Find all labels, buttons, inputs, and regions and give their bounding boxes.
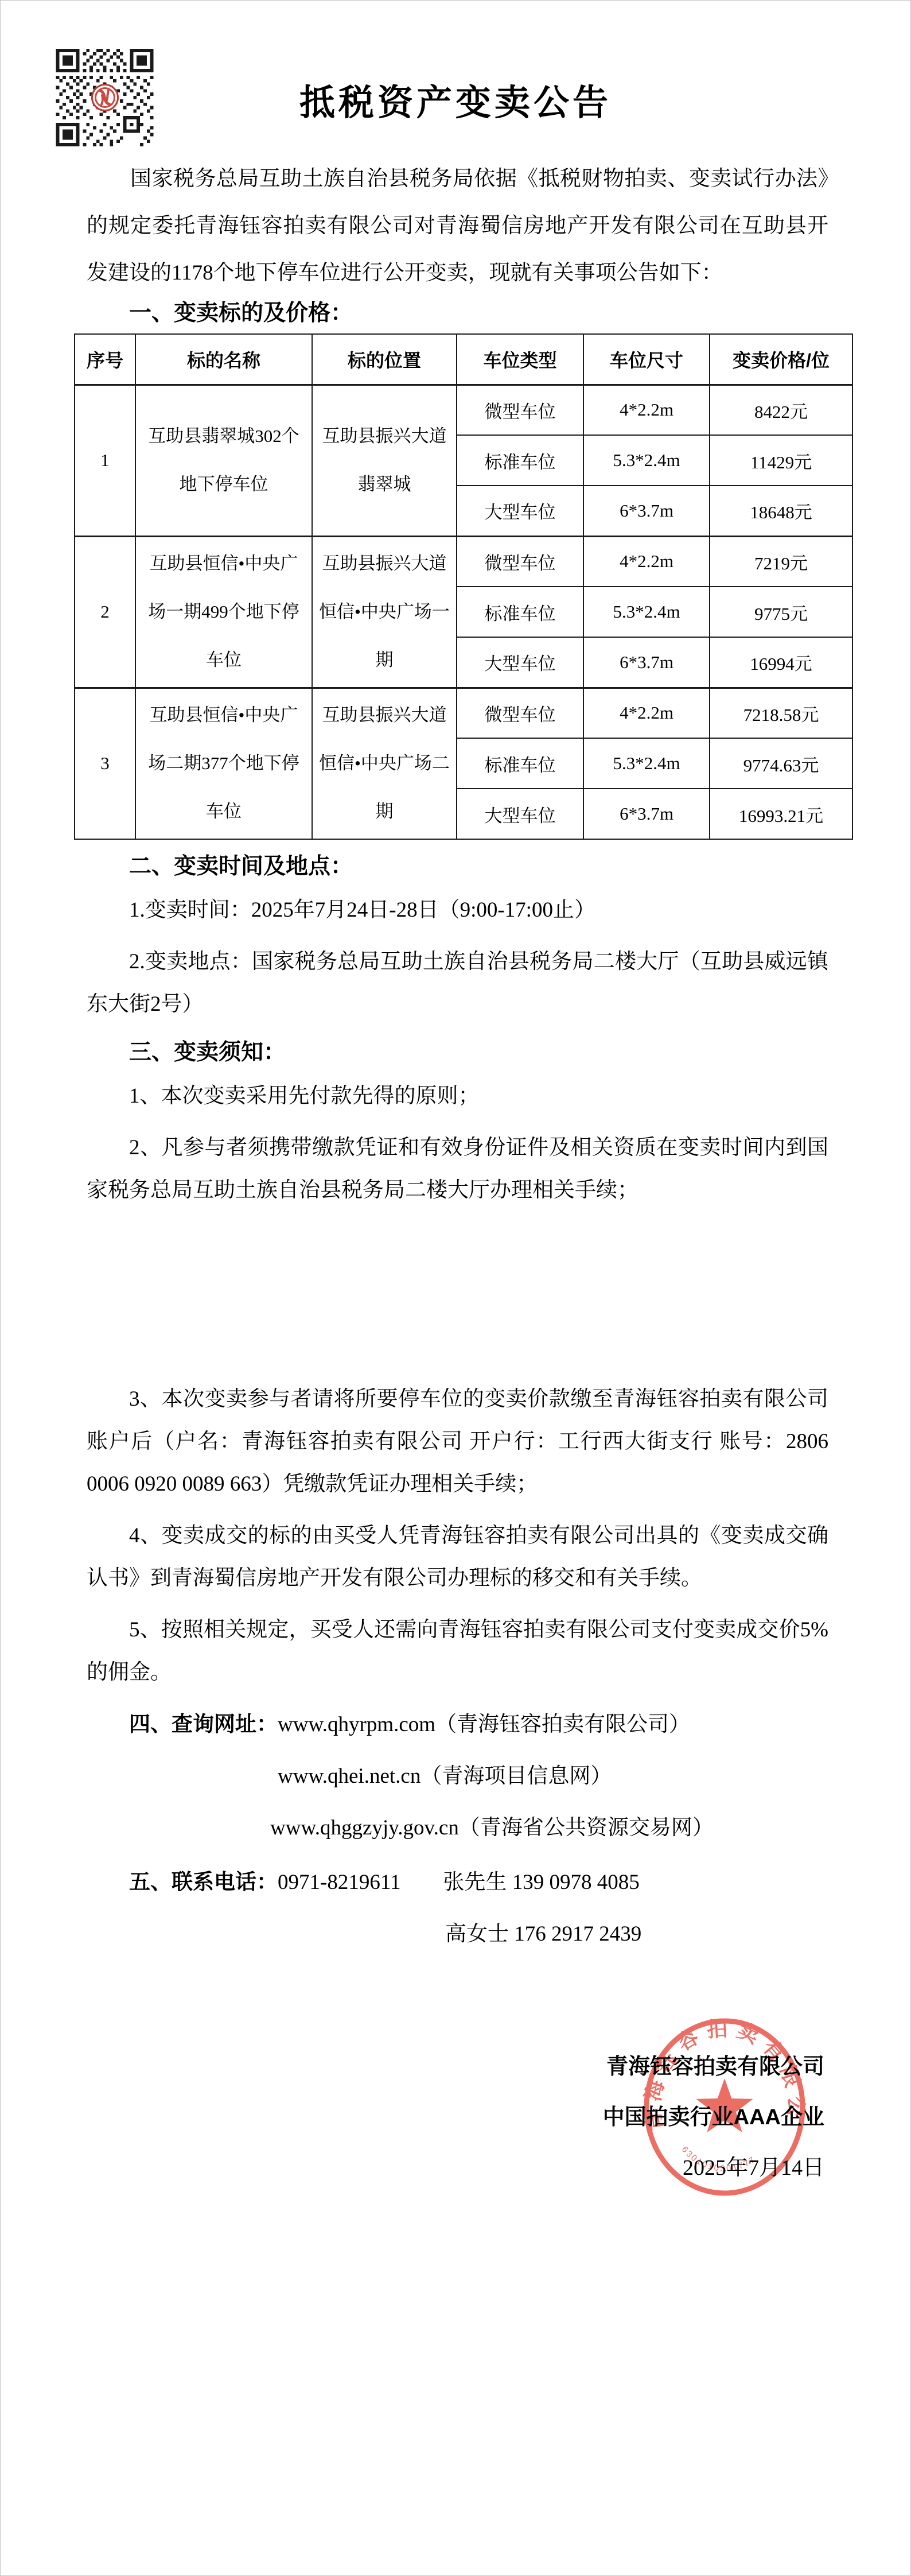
cell-price: 8422元 [710, 385, 852, 435]
cell-type: 微型车位 [457, 385, 583, 435]
cell-price: 9774.63元 [710, 738, 852, 789]
cell-type: 大型车位 [457, 789, 583, 839]
cell-seq: 1 [75, 385, 135, 536]
contact-phone-1: 0971-8219611 张先生 139 0978 4085 [278, 1871, 640, 1894]
cell-size: 4*2.2m [583, 688, 710, 738]
cell-type: 大型车位 [457, 637, 583, 688]
note-item-5: 5、按照相关规定，买受人还需向青海钰容拍卖有限公司支付变卖成交价5%的佣金。 [87, 1609, 828, 1694]
cell-type: 标准车位 [457, 435, 583, 486]
column-header-size: 车位尺寸 [583, 334, 710, 385]
cell-name: 互助县翡翠城302个地下停车位 [135, 385, 312, 536]
contact-phone-2: 高女士 176 2917 2439 [445, 1913, 828, 1956]
cell-type: 标准车位 [457, 738, 583, 789]
section-heading-contacts: 五、联系电话： [129, 1870, 278, 1894]
cell-price: 7218.58元 [710, 688, 852, 738]
document-header: 抵税资产变卖公告 [1, 1, 910, 151]
column-header-location: 标的位置 [312, 334, 457, 385]
cell-type: 微型车位 [457, 688, 583, 738]
table-row: 2 互助县恒信•中央广场一期499个地下停车位 互助县振兴大道恒信•中央广场一期… [75, 536, 852, 587]
cell-size: 5.3*2.4m [583, 587, 710, 637]
cell-name: 互助县恒信•中央广场二期377个地下停车位 [135, 688, 312, 839]
cell-price: 7219元 [710, 536, 852, 587]
cell-seq: 2 [75, 536, 135, 688]
query-url-3: www.qhggzyjy.gov.cn（青海省公共资源交易网） [270, 1807, 828, 1849]
column-header-price: 变卖价格/位 [710, 334, 852, 385]
note-item-1: 1、本次变卖采用先付款先得的原则； [87, 1075, 828, 1118]
cell-price: 18648元 [710, 486, 852, 536]
section-heading-time: 二、变卖时间及地点： [129, 854, 828, 880]
cell-location: 互助县振兴大道恒信•中央广场一期 [312, 536, 457, 688]
cell-price: 11429元 [710, 435, 852, 486]
cell-size: 6*3.7m [583, 486, 710, 536]
sale-place-item: 2.变卖地点：国家税务总局互助土族自治县税务局二楼大厅（互助县威远镇东大街2号） [87, 941, 828, 1026]
cell-type: 大型车位 [457, 486, 583, 536]
column-header-seq: 序号 [75, 334, 135, 385]
intro-paragraph: 国家税务总局互助土族自治县税务局依据《抵税财物拍卖、变卖试行办法》的规定委托青海… [87, 156, 828, 297]
note-item-4: 4、变卖成交的标的由买受人凭青海钰容拍卖有限公司出具的《变卖成交确认书》到青海蜀… [87, 1515, 828, 1600]
query-url-1: www.qhyrpm.com（青海钰容拍卖有限公司） [278, 1713, 690, 1736]
cell-price: 16993.21元 [710, 789, 852, 839]
auction-notice-document: 抵税资产变卖公告 国家税务总局互助土族自治县税务局依据《抵税财物拍卖、变卖试行办… [0, 0, 911, 2576]
cell-location: 互助县振兴大道恒信•中央广场二期 [312, 688, 457, 839]
cell-name: 互助县恒信•中央广场一期499个地下停车位 [135, 536, 312, 688]
sale-time-item: 1.变卖时间：2025年7月24日-28日（9:00-17:00止） [87, 889, 828, 932]
cell-size: 4*2.2m [583, 536, 710, 587]
cell-size: 4*2.2m [583, 385, 710, 435]
cell-size: 5.3*2.4m [583, 435, 710, 486]
cell-size: 6*3.7m [583, 637, 710, 688]
section-heading-notes: 三、变卖须知： [129, 1039, 828, 1066]
notice-date: 2025年7月14日 [603, 2143, 824, 2193]
cell-type: 微型车位 [457, 536, 583, 587]
section-heading-price: 一、变卖标的及价格： [129, 300, 828, 327]
column-header-name: 标的名称 [135, 334, 312, 385]
table-row: 3 互助县恒信•中央广场二期377个地下停车位 互助县振兴大道恒信•中央广场二期… [75, 688, 852, 738]
column-header-type: 车位类型 [457, 334, 583, 385]
company-rating: 中国拍卖行业AAA企业 [603, 2092, 824, 2143]
table-row: 1 互助县翡翠城302个地下停车位 互助县振兴大道翡翠城 微型车位 4*2.2m… [75, 385, 852, 435]
cell-size: 5.3*2.4m [583, 738, 710, 789]
section-heading-websites: 四、查询网址： [129, 1712, 278, 1736]
cell-size: 6*3.7m [583, 789, 710, 839]
signature-block: 青海钰容拍卖有限公司 中国拍卖行业AAA企业 2025年7月14日 [603, 2042, 824, 2193]
cell-seq: 3 [75, 688, 135, 839]
company-name: 青海钰容拍卖有限公司 [603, 2042, 824, 2092]
note-item-3: 3、本次变卖参与者请将所要停车位的变卖价款缴至青海钰容拍卖有限公司账户后（户名：… [87, 1378, 828, 1506]
page-title: 抵税资产变卖公告 [1, 74, 910, 125]
auction-table: 序号 标的名称 标的位置 车位类型 车位尺寸 变卖价格/位 1 互助县翡翠城30… [74, 333, 853, 840]
cell-type: 标准车位 [457, 587, 583, 637]
query-url-line-1: 四、查询网址：www.qhyrpm.com（青海钰容拍卖有限公司） [87, 1703, 828, 1746]
document-footer: 青海钰容拍卖有限公司 6301010301777 青海钰容拍卖有限公司 中国拍卖… [1, 2004, 910, 2210]
note-item-2: 2、凡参与者须携带缴款凭证和有效身份证件及相关资质在变卖时间内到国家税务总局互助… [87, 1127, 828, 1212]
query-url-2: www.qhei.net.cn（青海项目信息网） [278, 1755, 828, 1798]
contact-phone-line-1: 五、联系电话：0971-8219611 张先生 139 0978 4085 [87, 1861, 828, 1904]
table-header-row: 序号 标的名称 标的位置 车位类型 车位尺寸 变卖价格/位 [75, 334, 852, 385]
cell-location: 互助县振兴大道翡翠城 [312, 385, 457, 536]
cell-price: 9775元 [710, 587, 852, 637]
cell-price: 16994元 [710, 637, 852, 688]
